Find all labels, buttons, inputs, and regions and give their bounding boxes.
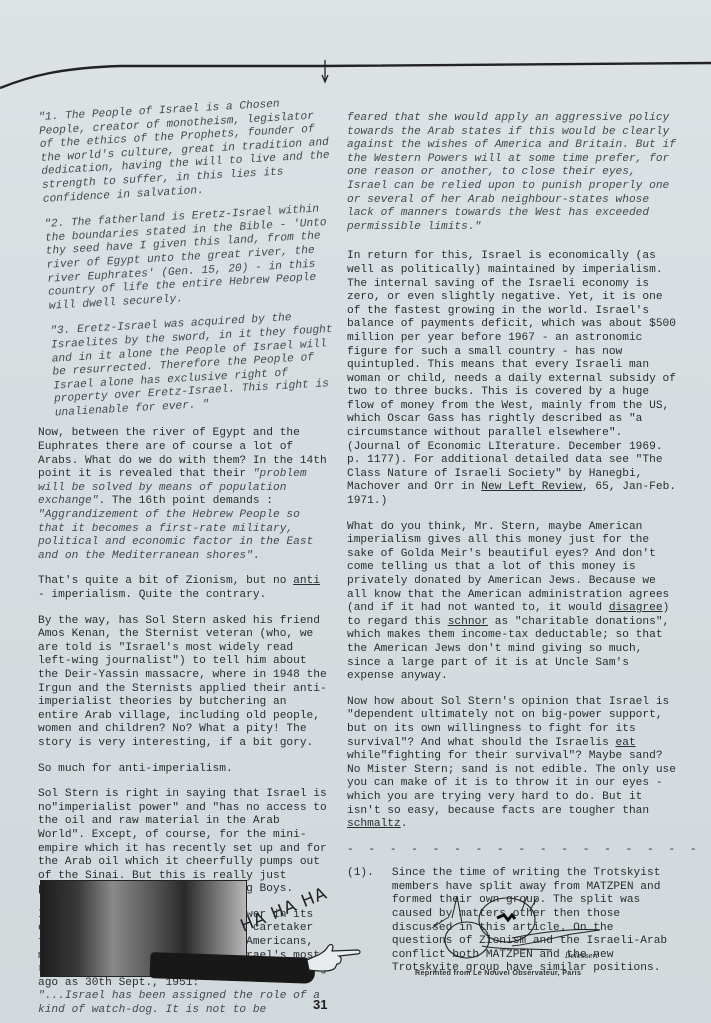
paragraph-zionism: That's quite a bit of Zionism, but no an… — [38, 575, 328, 602]
document-page: "1. The People of Israel is a Chosen Peo… — [0, 0, 711, 1023]
quote-point-2: "2. The fatherland is Eretz-Israel withi… — [44, 203, 339, 314]
haaretz-quote-start: "...Israel has been assigned the role of… — [38, 990, 327, 1016]
top-rule-line — [0, 60, 711, 100]
quote-continued: feared that she would apply an aggressiv… — [347, 112, 677, 234]
paragraph-what-do-you-think: What do you think, Mr. Stern, maybe Amer… — [347, 521, 677, 684]
page-number: 31 — [313, 997, 327, 1012]
paragraph-in-return: In return for this, Israel is economical… — [347, 250, 677, 508]
paragraph-by-the-way: By the way, has Sol Stern asked his frie… — [38, 615, 328, 751]
quote-point-1: "1. The People of Israel is a Chosen Peo… — [38, 96, 333, 207]
paragraph-now-how-about: Now how about Sol Stern's opinion that I… — [347, 696, 677, 832]
separator-dashes: - - - - - - - - - - - - - - - - - - - — [347, 844, 677, 858]
paragraph-so-much: So much for anti-imperialism. — [38, 763, 328, 777]
footnote-number: (1). — [347, 867, 374, 976]
quote-point-3: "3. Eretz-Israel was acquired by the Isr… — [50, 310, 345, 421]
program-quote: "1. The People of Israel is a Chosen Peo… — [38, 96, 345, 421]
reprint-credit: Reprinted from Le Nouvel Observateur, Pa… — [415, 968, 581, 977]
cartoonist-signature: Delessert — [565, 952, 599, 960]
right-column: feared that she would apply an aggressiv… — [347, 112, 677, 976]
paragraph-between-rivers: Now, between the river of Egypt and the … — [38, 427, 328, 563]
